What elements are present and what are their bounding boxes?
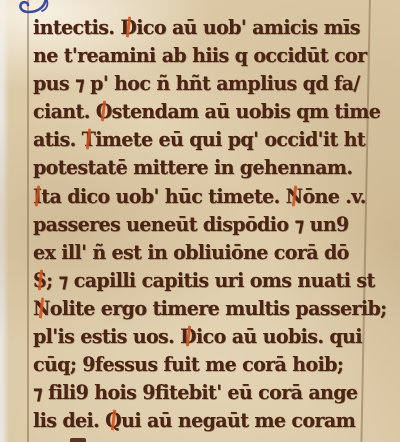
text-segment: ico aū uobis. qui (196, 326, 362, 349)
text-segment: pl'is estis uos. (33, 326, 180, 349)
text-segment: ; ⁊ capilli capitis uri oms nuati st (46, 269, 375, 292)
manuscript-text-line: cūq; 9fessus fuit me corā hoib; (33, 351, 389, 380)
cropped-next-line-mark (70, 438, 86, 442)
text-segment: lis dei. (33, 410, 105, 433)
text-segment: cūq; 9fessus fuit me corā hoib; (33, 354, 343, 377)
text-segment: ex ill' ñ est in obliuiōne corā dō (33, 241, 349, 264)
manuscript-text-line: pl'is estis uos. Dico aū uobis. qui (33, 322, 389, 351)
rubricated-initial: D (180, 322, 196, 351)
manuscript-text-line: S; ⁊ capilli capitis uri oms nuati st (33, 266, 389, 295)
text-segment: ico aū uob' amicis mīs (136, 17, 360, 40)
text-segment: ōne .v. (302, 185, 365, 208)
text-segment: ta dico uob' hūc timete. (41, 185, 285, 208)
text-segment: imete eū qui pq' occid'it ht (95, 129, 365, 152)
manuscript-text-block: intectis. Dico aū uob' amicis mīsne t're… (33, 14, 389, 435)
manuscript-text-line: intectis. Dico aū uob' amicis mīs (33, 13, 389, 42)
rubricated-initial: Q (105, 407, 121, 436)
manuscript-text-line: pus ⁊ p' hoc ñ hñt amplius qd fa/ (33, 70, 389, 99)
manuscript-text-line: ciant. Ostendam aū uobis qm time (33, 98, 389, 127)
text-segment: ui aū negaūt me coram (121, 410, 355, 433)
manuscript-text-line: Ita dico uob' hūc timete. Nōne .v. (33, 182, 389, 211)
manuscript-photo: { "colors": { "parchment": "#dccaa7", "i… (0, 0, 400, 442)
text-segment: potestatē mittere in gehennam. (33, 157, 352, 180)
rubricated-initial: S (33, 266, 46, 295)
ruling-line-left (27, 0, 29, 442)
text-segment: ⁊ fili9 hois 9fitebit' eū corā ange (33, 382, 357, 405)
manuscript-text-line: potestatē mittere in gehennam. (33, 154, 389, 183)
manuscript-text-line: passeres ueneūt dispōdio ⁊ un9 (33, 210, 389, 239)
rubricated-initial: I (33, 182, 41, 211)
rubricated-initial: O (96, 98, 112, 127)
manuscript-text-line: lis dei. Qui aū negaūt me coram (33, 407, 389, 436)
manuscript-text-line: ne t'reamini ab hiis q occidūt cor (33, 42, 389, 71)
manuscript-text-line: Nolite ergo timere multis passerib; (33, 294, 389, 323)
text-segment: passeres ueneūt dispōdio ⁊ un9 (33, 213, 349, 236)
text-segment: ne t'reamini ab hiis q occidūt cor (33, 45, 367, 68)
rubricated-initial: D (120, 13, 136, 42)
text-segment: intectis. (33, 17, 120, 40)
manuscript-text-line: ex ill' ñ est in obliuiōne corā dō (33, 238, 389, 267)
text-segment: stendam aū uobis qm time (112, 101, 381, 124)
text-segment: ciant. (33, 101, 96, 124)
manuscript-text-line: atis. Timete eū qui pq' occid'it ht (33, 126, 389, 155)
manuscript-text-line: ⁊ fili9 hois 9fitebit' eū corā ange (33, 379, 389, 408)
text-segment: atis. (33, 129, 82, 152)
text-segment: pus ⁊ p' hoc ñ hñt amplius qd fa/ (33, 73, 360, 96)
rubricated-initial: T (82, 126, 96, 155)
text-segment: olite ergo timere multis passerib; (50, 297, 387, 320)
rubricated-initial: N (33, 294, 50, 323)
rubricated-initial: N (286, 182, 303, 211)
